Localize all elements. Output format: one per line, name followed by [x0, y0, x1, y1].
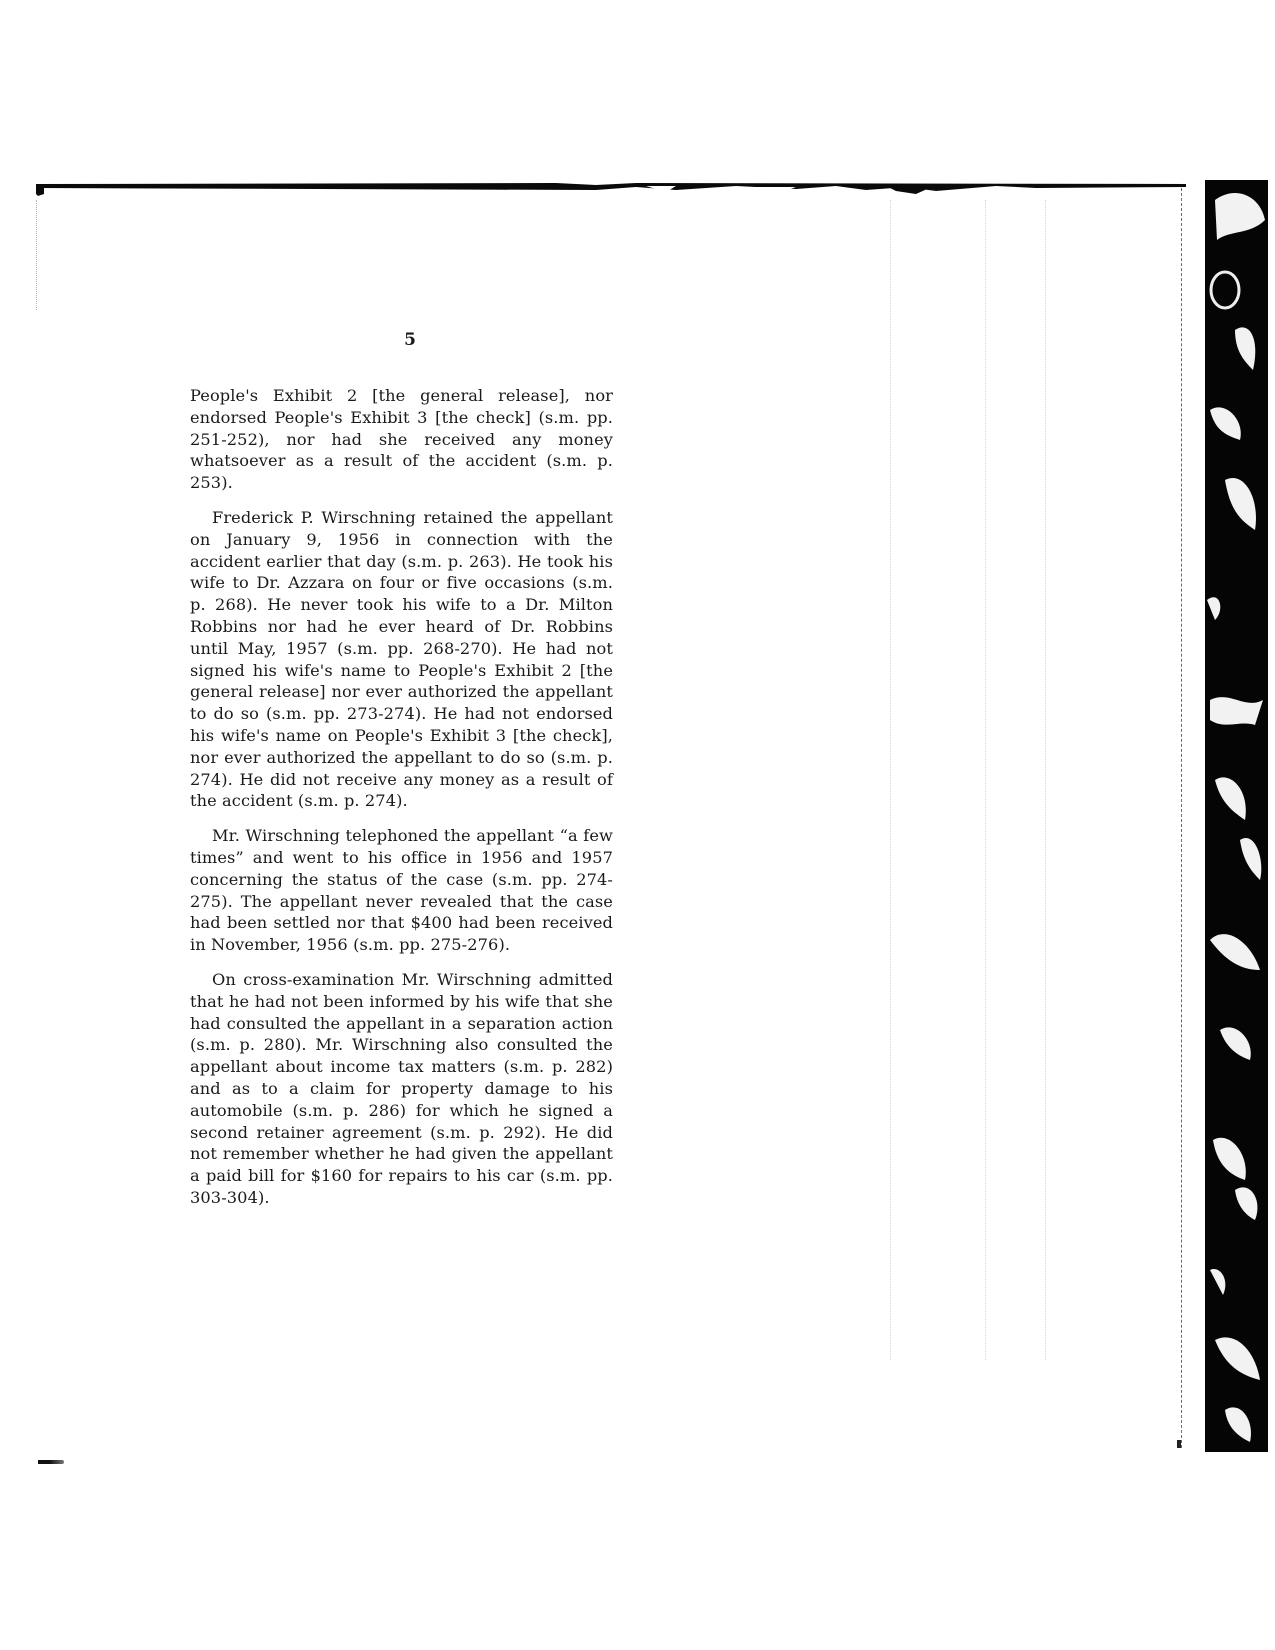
scan-noise-column: [985, 200, 986, 1360]
body-text: People's Exhibit 2 [the general release]…: [190, 385, 613, 1222]
marbled-book-edge: [1205, 180, 1268, 1452]
paragraph: On cross-examination Mr. Wirschning admi…: [190, 969, 613, 1209]
page-edge-line: [1181, 188, 1182, 1448]
scan-noise-column: [890, 200, 891, 1360]
scan-top-border: [36, 182, 1186, 194]
scan-bottom-mark: [38, 1460, 64, 1464]
paragraph: Frederick P. Wirschning retained the app…: [190, 507, 613, 812]
scan-noise-column: [1045, 200, 1046, 1360]
paragraph: Mr. Wirschning telephoned the appellant …: [190, 825, 613, 956]
page-number: 5: [400, 330, 420, 350]
paragraph: People's Exhibit 2 [the general release]…: [190, 385, 613, 494]
scan-left-speckle: [36, 200, 43, 310]
scan-corner-mark: [1177, 1440, 1181, 1448]
